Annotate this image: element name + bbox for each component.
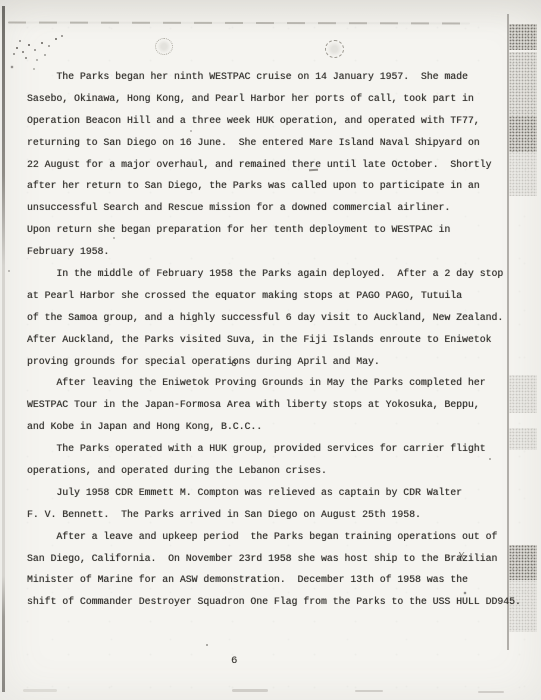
text-line: and Kobe in Japan and Hong Kong, B.C.C.. [27, 416, 521, 438]
stray-pencil-numeral: 6 [231, 358, 237, 369]
text-line: proving grounds for special operations d… [27, 351, 521, 373]
text-line: The Parks operated with a HUK group, pro… [27, 438, 521, 460]
text-line: Minister of Marine for an ASW demonstrat… [27, 569, 521, 591]
text-line: Upon return she began preparation for he… [27, 219, 521, 241]
scan-bottom-smudge [23, 689, 57, 692]
text-line: After leaving the Eniwetok Proving Groun… [27, 372, 521, 394]
typewritten-text: The Parks began her ninth WESTPAC cruise… [27, 66, 521, 613]
text-line: shift of Commander Destroyer Squadron On… [27, 591, 521, 613]
text-line: returning to San Diego on 16 June. She e… [27, 132, 521, 154]
document-page: The Parks began her ninth WESTPAC cruise… [0, 0, 541, 700]
scan-bottom-smudge [232, 689, 268, 692]
text-line: WESTPAC Tour in the Japan-Formosa Area w… [27, 394, 521, 416]
page-number: 6 [231, 655, 237, 667]
text-line: Operation Beacon Hill and a three week H… [27, 110, 521, 132]
text-line: Sasebo, Okinawa, Hong Kong, and Pearl Ha… [27, 88, 521, 110]
text-line: at Pearl Harbor she crossed the equator … [27, 285, 521, 307]
faint-stamp-circle [325, 40, 344, 58]
text-line: 22 August for a major overhaul, and rema… [27, 154, 521, 176]
text-line: after her return to San Diego, the Parks… [27, 175, 521, 197]
scan-bottom-smudge [355, 690, 383, 692]
text-line: The Parks began her ninth WESTPAC cruise… [27, 66, 521, 88]
text-line: After a leave and upkeep period the Park… [27, 526, 521, 548]
ink-speckles [0, 0, 2, 2]
scan-left-edge-line-top [2, 6, 5, 266]
text-line: In the middle of February 1958 the Parks… [27, 263, 521, 285]
scan-top-shading [0, 0, 541, 34]
text-line: San Diego, California. On November 23rd … [27, 548, 521, 570]
text-line: of the Samoa group, and a highly success… [27, 307, 521, 329]
scan-edge-artifact [509, 24, 537, 50]
scan-left-edge-line-bottom [2, 576, 5, 692]
scan-bottom-smudge [478, 691, 504, 693]
text-line: F. V. Bennett. The Parks arrived in San … [27, 504, 521, 526]
faint-stamp-circle [155, 38, 173, 55]
text-line: unsuccessful Search and Rescue mission f… [27, 197, 521, 219]
text-line: operations, and operated during the Leba… [27, 460, 521, 482]
text-line: February 1958. [27, 241, 521, 263]
text-line: After Auckland, the Parks visited Suva, … [27, 329, 521, 351]
text-line: July 1958 CDR Emmett M. Compton was reli… [27, 482, 521, 504]
